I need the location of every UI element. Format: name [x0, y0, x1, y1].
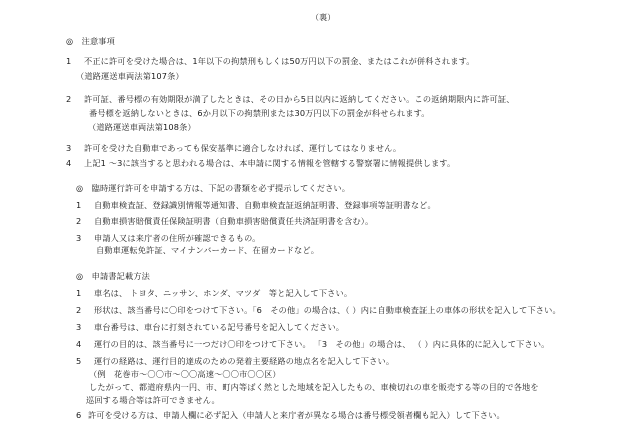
item-number: 1 — [76, 201, 94, 209]
documents-item-2: 2自動車損害賠償責任保険証明書（自動車損害賠償責任共済証明書を含む）。 — [76, 217, 373, 225]
instructions-item-5-line-3: したがって、都道府県内一円、市、町内等ばく然とした地域を記入したもの、車検切れの… — [89, 383, 539, 391]
notes-item-1-line-2: （道路運送車両法第107条） — [76, 72, 184, 80]
notes-item-3: 3許可を受けた自動車であっても保安基準に適合しなければ、運行してはなりません。 — [66, 144, 401, 152]
instructions-item-5-example: （例 花巻市～〇〇市～〇〇高速～〇〇市〇〇区） — [89, 370, 281, 378]
notes-item-4: 4上記1 ～3に該当すると思われる場合は、本申請に関する情報を管轄する警察署に情… — [66, 159, 455, 167]
item-number: 4 — [66, 159, 84, 167]
item-number: 1 — [66, 57, 84, 65]
item-number: 2 — [66, 95, 84, 103]
instructions-item-1: 1車名は、 トヨタ、ニッサン、ホンダ、マツダ 等と記入して下さい。 — [76, 289, 352, 297]
documents-item-3-line-2: 自動車運転免許証、マイナンバーカード、在留カードなど。 — [96, 246, 319, 254]
item-number: 1 — [76, 289, 94, 297]
notes-heading: ◎ 注意事項 — [66, 37, 115, 45]
item-number: 6 — [76, 411, 88, 419]
notes-item-2-line-3: （道路運送車両法第108条） — [88, 123, 196, 131]
page-title: （裏） — [311, 14, 335, 22]
instructions-item-5-line-4: 巡回する場合等は許可できません。 — [86, 396, 220, 404]
instructions-item-6: 6許可を受ける方は、申請人欄に必ず記入（申請人と来庁者が異なる場合は番号標受領者… — [76, 411, 505, 419]
item-number: 3 — [76, 323, 94, 331]
instructions-item-3: 3車台番号は、車台に打刻されている記号番号を記入してください。 — [76, 323, 344, 331]
documents-item-1: 1自動車検査証、登録識別情報等通知書、自動車検査証返納証明書、登録事項等証明書な… — [76, 201, 436, 209]
documents-heading: ◎ 臨時運行許可を申請する方は、下記の書類を必ず提示してください。 — [76, 184, 350, 192]
item-number: 5 — [76, 357, 94, 365]
item-number: 3 — [66, 144, 84, 152]
instructions-heading: ◎ 申請書記載方法 — [76, 272, 150, 280]
notes-item-1-line-1: 1不正に許可を受けた場合は、1年以下の拘禁刑もしくは50万円以下の罰金、またはこ… — [66, 57, 475, 65]
instructions-item-2: 2形状は、該当番号に〇印をつけて下さい。「6 その他」の場合は、（ ）内に自動車… — [76, 306, 561, 314]
item-number: 4 — [76, 340, 94, 348]
item-number: 3 — [76, 234, 94, 242]
notes-item-2-line-2: 番号標を返納しないときは、6か月以下の拘禁刑または30万円以下の罰金が科せられま… — [89, 109, 430, 117]
instructions-item-5-line-1: 5運行の経路は、運行目的達成のための発着主要経路の地点名を記入して下さい。 — [76, 357, 394, 365]
notes-item-2-line-1: 2許可証、番号標の有効期限が満了したときは、その日から5日以内に返納してください… — [66, 95, 515, 103]
documents-item-3-line-1: 3申請人又は来庁者の住所が確認できるもの。 — [76, 234, 260, 242]
item-number: 2 — [76, 306, 94, 314]
instructions-item-4: 4運行の目的は、該当番号に一つだけ〇印をつけて下さい。 「3 その他」の場合は、… — [76, 340, 550, 348]
item-number: 2 — [76, 217, 94, 225]
